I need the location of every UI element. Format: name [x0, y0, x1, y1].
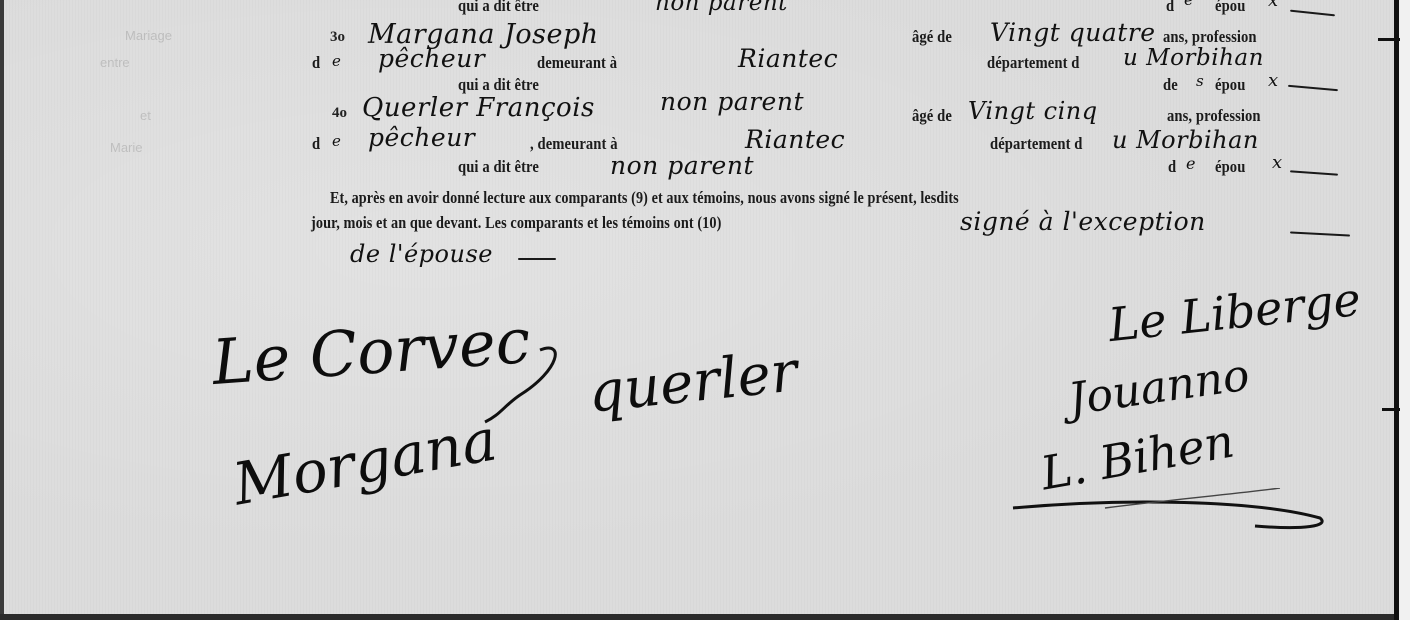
- residence-label: demeurant à: [537, 53, 617, 73]
- signature-querler: querler: [585, 339, 800, 426]
- relation-value-inline: non parent: [660, 87, 804, 116]
- spouse-prefix: d: [1166, 0, 1174, 16]
- age-suffix: ans, profession: [1163, 27, 1257, 47]
- profession-prefix: d: [312, 53, 320, 73]
- residence-label: , demeurant à: [530, 134, 618, 154]
- witness-name: Querler François: [362, 93, 595, 123]
- witness-number: 3o: [330, 29, 345, 46]
- profession-handwritten-prefix: e: [332, 52, 341, 70]
- closing-handwritten-continued: de l'épouse: [350, 240, 493, 268]
- department-label: département d: [990, 134, 1082, 154]
- age-value: Vingt cinq: [968, 97, 1098, 125]
- page-left-edge: [0, 0, 4, 620]
- spouse-label: épou: [1215, 0, 1245, 16]
- spouse-handwritten-prefix: e: [1186, 154, 1196, 173]
- age-label: âgé de: [912, 106, 952, 126]
- right-border-rule: [1394, 0, 1399, 620]
- relation-label: qui a dit être: [458, 0, 539, 16]
- margin-bleed-text: Mariage: [125, 28, 172, 43]
- fill-stroke: [1290, 170, 1338, 175]
- margin-bleed-text: entre: [100, 55, 130, 70]
- spouse-handwritten-suffix: x: [1268, 70, 1279, 91]
- closing-line-2: jour, mois et an que devant. Les compara…: [311, 213, 721, 233]
- spouse-handwritten-prefix: e: [1184, 0, 1194, 9]
- margin-bleed-text: et: [140, 108, 151, 123]
- signature-underline-flourish: [1005, 488, 1335, 538]
- spouse-prefix: d: [1168, 157, 1176, 177]
- spouse-handwritten-suffix: x: [1268, 0, 1279, 11]
- signature-le-liberge: Le Liberge: [1106, 272, 1363, 352]
- relation-label: qui a dit être: [458, 75, 539, 95]
- spouse-handwritten-prefix: s: [1196, 72, 1204, 90]
- fill-stroke: [518, 258, 556, 260]
- relation-value: non parent: [610, 151, 754, 180]
- department-value: u Morbihan: [1112, 126, 1259, 154]
- relation-value: non parent: [655, 0, 788, 16]
- signature-morgana: Morgana: [228, 405, 501, 518]
- department-label: département d: [987, 53, 1079, 73]
- fill-stroke: [1288, 85, 1338, 91]
- spouse-handwritten-suffix: x: [1272, 152, 1283, 173]
- document-page: Mariage entre et Marie qui a dit être no…: [0, 0, 1410, 620]
- spouse-label: épou: [1215, 75, 1245, 95]
- residence-value: Riantec: [745, 125, 845, 154]
- closing-line-1: Et, après en avoir donné lecture aux com…: [330, 188, 959, 208]
- profession-prefix: d: [312, 134, 320, 154]
- witness-number: 4o: [332, 105, 347, 122]
- border-tick: [1382, 408, 1400, 411]
- age-label: âgé de: [912, 27, 952, 47]
- profession-value: pêcheur: [378, 44, 485, 73]
- age-value: Vingt quatre: [990, 18, 1156, 47]
- margin-bleed-text: Marie: [110, 140, 143, 155]
- age-suffix: ans, profession: [1167, 106, 1261, 126]
- department-value: u Morbihan: [1123, 45, 1264, 71]
- fill-stroke: [1290, 10, 1335, 17]
- signature-flourish: [480, 340, 580, 430]
- relation-label: qui a dit être: [458, 157, 539, 177]
- profession-value: pêcheur: [368, 123, 475, 152]
- spouse-label-prefix: de: [1163, 75, 1178, 95]
- profession-handwritten-prefix: e: [332, 132, 341, 150]
- page-bottom-edge: [0, 614, 1410, 620]
- residence-value: Riantec: [738, 44, 838, 73]
- closing-handwritten: signé à l'exception: [960, 207, 1206, 236]
- spouse-label: épou: [1215, 157, 1245, 177]
- fill-stroke: [1290, 231, 1350, 236]
- border-tick: [1378, 38, 1400, 41]
- scan-margin: [1399, 0, 1410, 620]
